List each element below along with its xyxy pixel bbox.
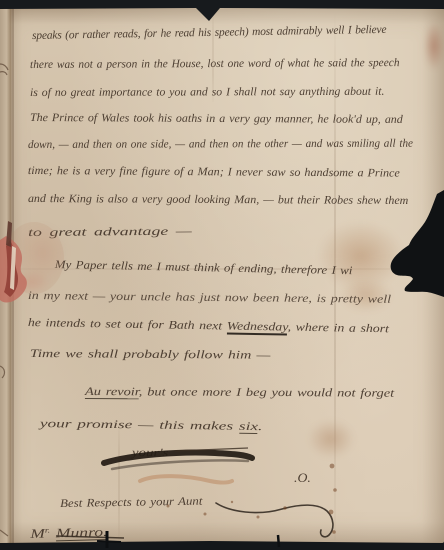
letter-line-9: My Paper tells me I must think of ending… bbox=[55, 259, 353, 277]
letter-text-segment: Best Respects to your Aunt bbox=[60, 496, 203, 510]
letter-line-8: to great advantage — bbox=[28, 226, 192, 239]
letter-line-5: down, — and then on one side, — and then… bbox=[28, 138, 413, 151]
letter-text-segment: Wednesday bbox=[227, 320, 288, 335]
letter-text-segment: . bbox=[258, 421, 262, 433]
letter-line-12: Time we shall probably follow him — bbox=[30, 348, 271, 362]
letter-text-segment: time; he is a very fine figure of a Man;… bbox=[28, 165, 400, 180]
letter-text-segment: Time we shall probably follow him — bbox=[30, 348, 271, 362]
letter-line-11: he intends to set out for Bath next Wedn… bbox=[28, 317, 389, 335]
letter-line-9-fragment: o bbox=[425, 266, 431, 278]
letter-text-segment: .O. bbox=[294, 471, 311, 485]
letter-text-segment: , where in a short bbox=[288, 322, 389, 336]
letter-text-segment: , but once more I beg you would not forg… bbox=[139, 386, 394, 399]
letter-text-segment: in my next — your uncle has just now bee… bbox=[28, 290, 391, 306]
letter-text-segment: is of no great importance to you and so … bbox=[30, 86, 384, 99]
letter-line-7: and the King is also a very good looking… bbox=[28, 193, 408, 207]
letter-text-segment: down, — and then on one side, — and then… bbox=[28, 138, 413, 151]
letter-text-segment: to great advantage — bbox=[28, 226, 192, 239]
letter-text-segment: Au revoir bbox=[85, 386, 139, 399]
letter-line-13: Au revoir, but once more I beg you would… bbox=[85, 386, 394, 400]
letter-line-6: time; he is a very fine figure of a Man;… bbox=[28, 165, 400, 180]
letter-text-segment: o bbox=[425, 266, 431, 278]
letter-text-segment: there was not a person in the House, los… bbox=[30, 57, 400, 71]
letter-line-2: there was not a person in the House, los… bbox=[30, 57, 400, 71]
letter-line-16-postscript: Best Respects to your Aunt bbox=[60, 496, 203, 510]
letter-line-4: The Prince of Wales took his oaths in a … bbox=[30, 112, 403, 126]
letter-photo: speaks (or rather reads, for he read his… bbox=[0, 0, 444, 550]
letter-text-segment: your promise — this makes bbox=[40, 418, 239, 433]
letter-line-10: in my next — your uncle has just now bee… bbox=[28, 290, 391, 306]
letter-text-segment: six bbox=[239, 421, 258, 434]
letter-line-14: your promise — this makes six. bbox=[40, 418, 263, 433]
letter-line-3: is of no great importance to you and so … bbox=[30, 86, 384, 99]
letter-initial-mark: .O. bbox=[294, 471, 311, 486]
letter-line-1: speaks (or rather reads, for he read his… bbox=[32, 24, 386, 42]
letter-line-15-signoff: your's bbox=[132, 447, 169, 459]
letter-text-layer: speaks (or rather reads, for he read his… bbox=[0, 8, 444, 543]
letter-text-segment: The Prince of Wales took his oaths in a … bbox=[30, 112, 403, 126]
letter-line-17-address: Mr. Munro. bbox=[30, 524, 108, 542]
letter-text-segment: he intends to set out for Bath next bbox=[28, 317, 227, 332]
letter-paper: speaks (or rather reads, for he read his… bbox=[0, 8, 444, 543]
letter-text-segment: your's bbox=[132, 447, 169, 459]
letter-text-segment: Munro. bbox=[56, 524, 108, 541]
letter-text-segment: and the King is also a very good looking… bbox=[28, 193, 408, 207]
letter-text-segment: M bbox=[30, 526, 45, 541]
letter-text-segment: speaks (or rather reads, for he read his… bbox=[32, 24, 386, 42]
letter-text-segment: My Paper tells me I must think of ending… bbox=[55, 259, 353, 277]
